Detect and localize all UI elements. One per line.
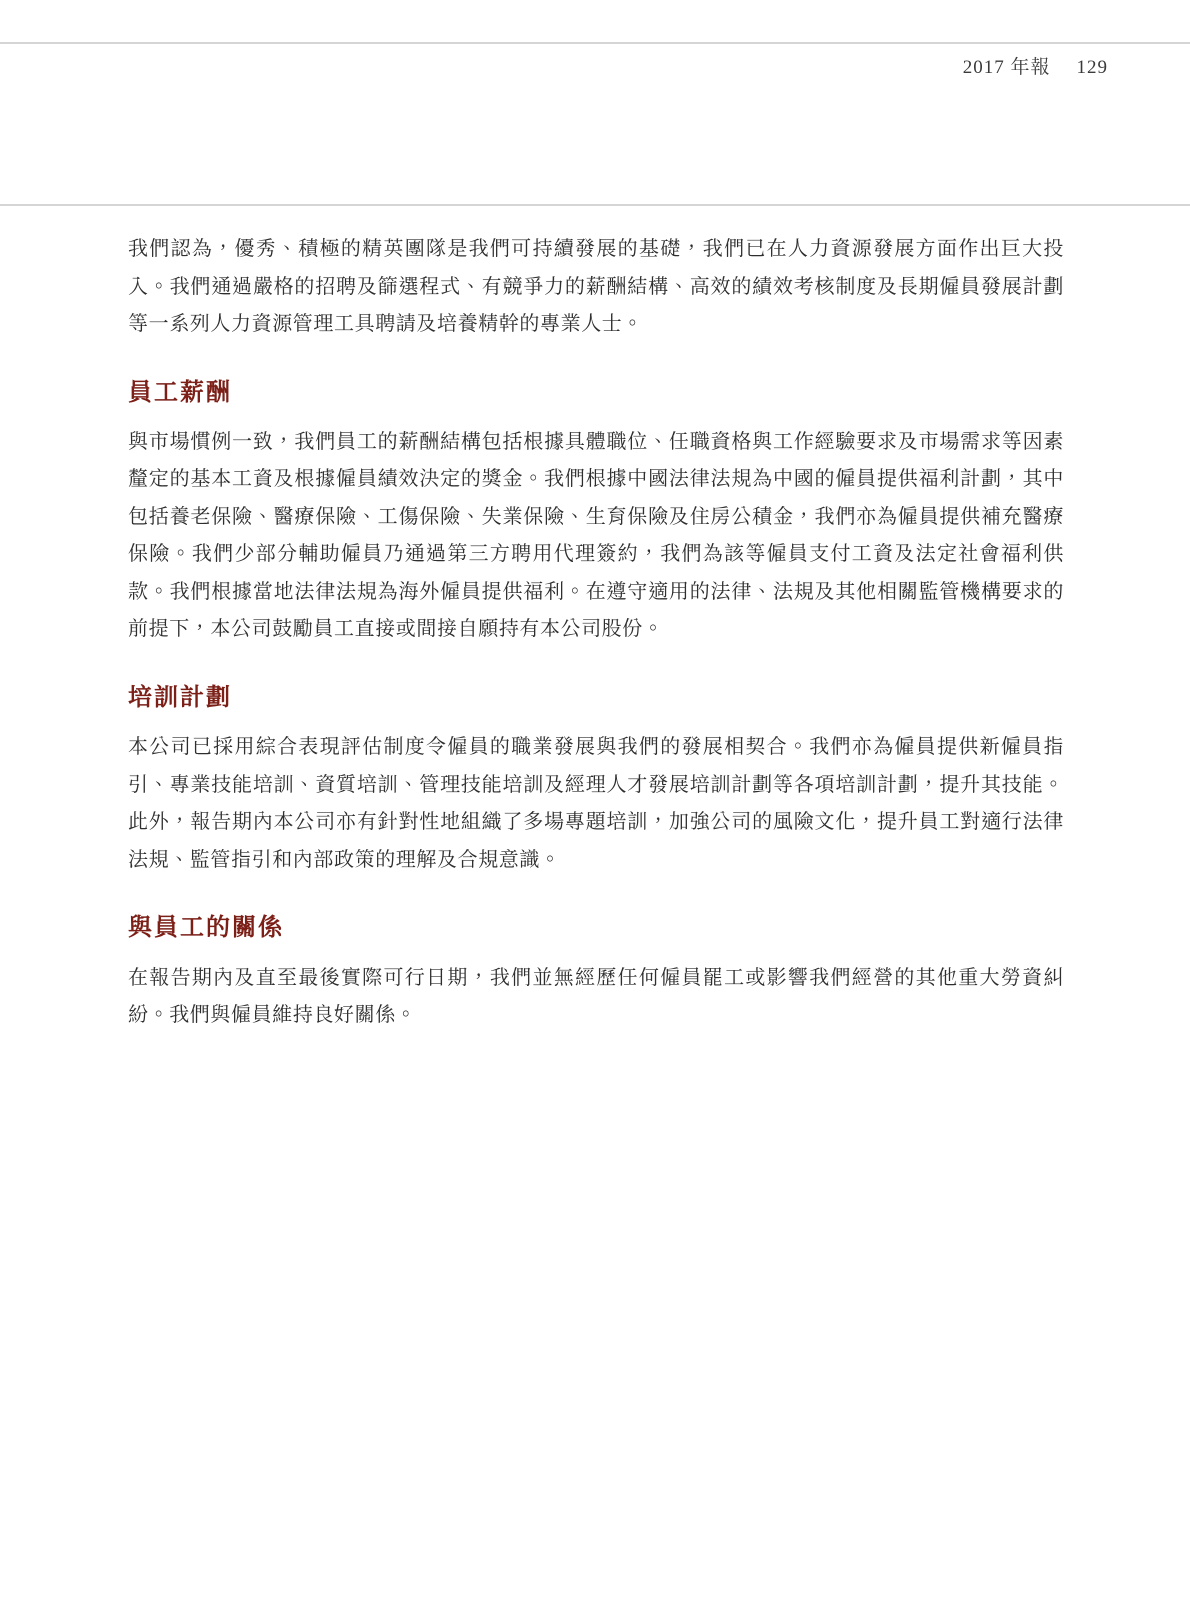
page-number: 129 bbox=[1077, 57, 1109, 78]
section-heading-employee-relations: 與員工的關係 bbox=[128, 912, 1064, 944]
section-heading-training-plan: 培訓計劃 bbox=[128, 682, 1064, 714]
section-employee-remuneration: 員工薪酬 與市場慣例一致，我們員工的薪酬結構包括根據具體職位、任職資格與工作經驗… bbox=[128, 377, 1064, 649]
page-header: 2017 年報129 bbox=[963, 52, 1108, 79]
section-body-employee-relations: 在報告期內及直至最後實際可行日期，我們並無經歷任何僱員罷工或影響我們經營的其他重… bbox=[128, 960, 1064, 1035]
section-training-plan: 培訓計劃 本公司已採用綜合表現評估制度令僱員的職業發展與我們的發展相契合。我們亦… bbox=[128, 682, 1064, 879]
report-title: 2017 年報 bbox=[963, 57, 1051, 78]
page-content: 我們認為，優秀、積極的精英團隊是我們可持續發展的基礎，我們已在人力資源發展方面作… bbox=[128, 206, 1064, 1035]
section-heading-employee-remuneration: 員工薪酬 bbox=[128, 377, 1064, 409]
intro-paragraph: 我們認為，優秀、積極的精英團隊是我們可持續發展的基礎，我們已在人力資源發展方面作… bbox=[128, 231, 1064, 344]
annual-report-page: 2017 年報129 我們認為，優秀、積極的精英團隊是我們可持續發展的基礎，我們… bbox=[0, 0, 1190, 1615]
section-body-training-plan: 本公司已採用綜合表現評估制度令僱員的職業發展與我們的發展相契合。我們亦為僱員提供… bbox=[128, 729, 1064, 879]
section-body-employee-remuneration: 與市場慣例一致，我們員工的薪酬結構包括根據具體職位、任職資格與工作經驗要求及市場… bbox=[128, 424, 1064, 649]
header-top-rule bbox=[0, 42, 1190, 44]
section-employee-relations: 與員工的關係 在報告期內及直至最後實際可行日期，我們並無經歷任何僱員罷工或影響我… bbox=[128, 912, 1064, 1034]
